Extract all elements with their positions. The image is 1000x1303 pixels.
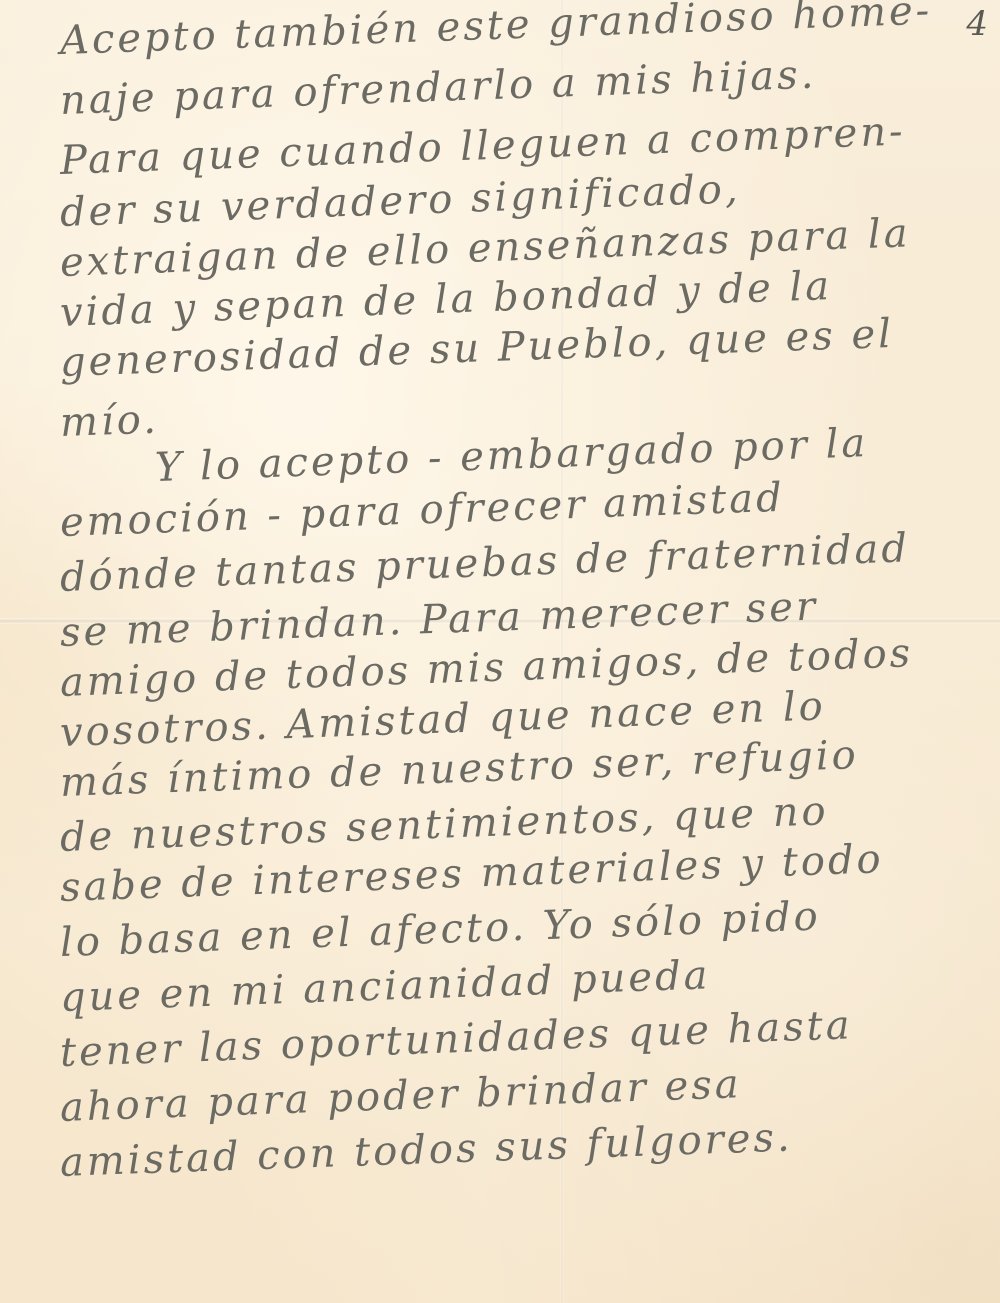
letter-line: mío.	[59, 397, 159, 446]
page-number: 4	[966, 4, 988, 44]
